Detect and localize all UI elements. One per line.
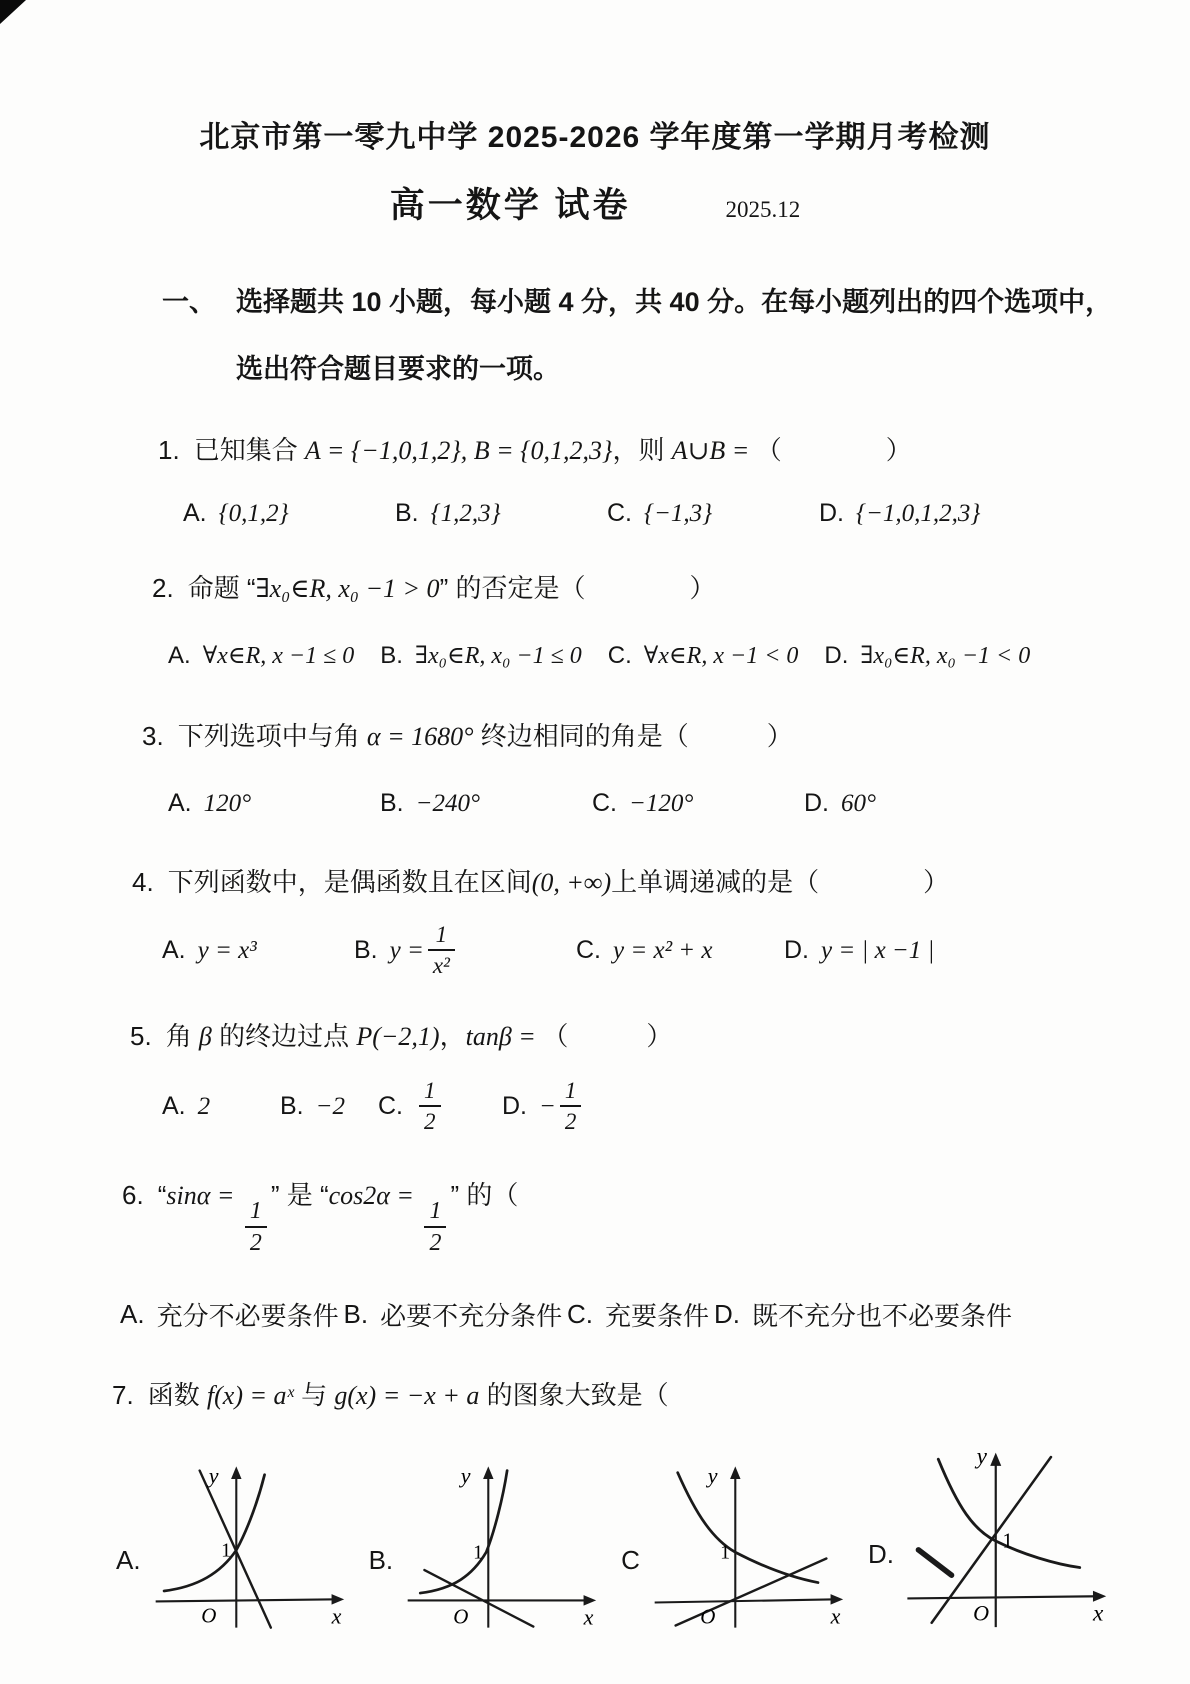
question-5-options: A.2 B.−2 C.12 D.−12 xyxy=(0,1079,1190,1134)
option-value: −120° xyxy=(629,790,693,818)
question-5-option-c: C.12 xyxy=(378,1079,502,1134)
question-4-math-interval: (0, +∞) xyxy=(532,868,611,897)
x-axis-label: x xyxy=(330,1603,341,1628)
question-1-math-sets: A = {−1,0,1,2}, B = {0,1,2,3} xyxy=(305,436,613,465)
question-7-text-mid: 与 xyxy=(294,1380,334,1410)
origin-label: O xyxy=(700,1604,715,1628)
fraction-numerator: 1 xyxy=(419,1079,441,1105)
question-1-answer-blank: （ ） xyxy=(756,435,912,465)
option-label: D. xyxy=(804,789,829,818)
fraction-numerator: 1 xyxy=(431,923,453,949)
option-value: −2 xyxy=(316,1093,345,1121)
origin-label: O xyxy=(973,1600,989,1625)
exam-subject-title: 高一数学 试卷 xyxy=(390,178,631,228)
graph-c-plot: y x O 1 xyxy=(640,1458,862,1636)
option-value: {−1,0,1,2,3} xyxy=(856,500,980,528)
scan-corner-artifact xyxy=(0,0,26,24)
option-value-prefix: y = xyxy=(390,937,424,965)
question-5-option-a: A.2 xyxy=(162,1092,280,1121)
question-6-math-sin: sinα = xyxy=(166,1181,241,1210)
option-label: A. xyxy=(162,936,186,965)
question-6-math-cos: cos2α = xyxy=(329,1181,421,1210)
question-7-graph-a: A. y x O 1 xyxy=(116,1458,363,1636)
question-2-text: 命题 “ xyxy=(188,573,256,603)
option-label: D. xyxy=(819,499,844,528)
question-5-text-mid2: ， xyxy=(440,1021,466,1051)
question-5-answer-blank: （ ） xyxy=(542,1021,672,1051)
question-1-options: A.{0,1,2} B.{1,2,3} C.{−1,3} D.{−1,0,1,2… xyxy=(0,499,1190,528)
question-4: 4.下列函数中，是偶函数且在区间(0, +∞)上单调递减的是（ ） A.y = … xyxy=(0,862,1190,978)
exam-date: 2025.12 xyxy=(725,197,800,223)
question-2-option-b: B.∃x₀∈R, x₀ −1 ≤ 0 xyxy=(380,641,582,670)
question-3-text: 下列选项中与角 xyxy=(178,721,367,751)
option-value: ∀x∈R, x −1 < 0 xyxy=(644,641,799,670)
question-2-option-d: D.∃x₀∈R, x₀ −1 < 0 xyxy=(824,641,1030,670)
option-label: D. xyxy=(502,1092,527,1121)
y-tick-1: 1 xyxy=(720,1541,730,1563)
option-value: 既不充分也不必要条件 xyxy=(752,1296,1012,1333)
question-4-stem: 4.下列函数中，是偶函数且在区间(0, +∞)上单调递减的是（ ） xyxy=(0,862,1190,899)
question-6-option-b: B.必要不充分条件 xyxy=(344,1296,563,1333)
option-value: 充要条件 xyxy=(605,1296,709,1333)
fraction-denominator: 2 xyxy=(245,1226,267,1256)
question-1-option-a: A.{0,1,2} xyxy=(183,499,395,528)
question-7-text: 函数 xyxy=(148,1380,207,1410)
question-6-options: A.充分不必要条件 B.必要不充分条件 C.充要条件 D.既不充分也不必要条件 xyxy=(0,1296,1012,1333)
question-3-text-post: 终边相同的角是（ ） xyxy=(474,721,793,751)
question-1-math-union: A∪B = xyxy=(672,436,756,465)
question-2: 2.命题 “∃x₀∈R, x₀ −1 > 0” 的否定是（ ） A.∀x∈R, … xyxy=(0,568,1190,670)
fraction: 12 xyxy=(424,1199,446,1256)
option-value: ∃x₀∈R, x₀ −1 < 0 xyxy=(860,641,1030,670)
x-axis-label: x xyxy=(830,1603,841,1628)
question-4-option-a: A.y = x³ xyxy=(162,936,354,965)
question-3: 3.下列选项中与角 α = 1680° 终边相同的角是（ ） A.120° B.… xyxy=(0,716,1190,818)
option-label: D. xyxy=(824,642,848,670)
option-label: C. xyxy=(576,936,601,965)
question-4-number: 4. xyxy=(132,867,154,898)
section-1-instructions-line2: 选出符合题目要求的一项。 xyxy=(0,347,1190,386)
option-value: {1,2,3} xyxy=(431,500,501,528)
question-1-number: 1. xyxy=(158,435,180,466)
option-label: A. xyxy=(183,499,207,528)
question-7-graph-b: B. y x O 1 xyxy=(369,1458,616,1636)
section-1-header: 一、 选择题共 10 小题，每小题 4 分，共 40 分。在每小题列出的四个选项… xyxy=(0,280,1190,319)
question-2-options: A.∀x∈R, x −1 ≤ 0 B.∃x₀∈R, x₀ −1 ≤ 0 C.∀x… xyxy=(0,641,1190,670)
fraction-denominator: 2 xyxy=(419,1105,441,1134)
option-label: A. xyxy=(168,642,191,670)
question-7-graph-c: C y x O 1 xyxy=(621,1458,862,1636)
origin-label: O xyxy=(453,1604,468,1628)
question-7-text-post: 的图象大致是（ xyxy=(479,1380,668,1410)
question-5: 5.角 β 的终边过点 P(−2,1)，tanβ = （ ） A.2 B.−2 … xyxy=(0,1016,1190,1134)
y-tick-1: 1 xyxy=(473,1541,483,1563)
option-label: A. xyxy=(168,789,192,818)
option-value: {−1,3} xyxy=(644,500,712,528)
fraction-numerator: 1 xyxy=(560,1079,582,1105)
option-value: y = x² + x xyxy=(613,937,713,965)
exam-paper-page: 北京市第一零九中学 2025-2026 学年度第一学期月考检测 高一数学 试卷 … xyxy=(0,0,1190,1684)
question-1-text-mid: ，则 xyxy=(612,435,671,465)
question-2-option-c: C.∀x∈R, x −1 < 0 xyxy=(608,641,799,670)
option-value: y = x³ xyxy=(198,937,257,965)
option-label: B. xyxy=(280,1092,304,1121)
question-5-text-mid: 的终边过点 xyxy=(212,1021,356,1051)
question-2-number: 2. xyxy=(152,573,174,604)
graph-d-label: D. xyxy=(868,1539,894,1570)
question-3-option-a: A.120° xyxy=(168,789,380,818)
x-axis-label: x xyxy=(1092,1600,1104,1626)
graph-b-label: B. xyxy=(369,1545,394,1576)
fraction: 12 xyxy=(419,1079,441,1134)
question-6-option-c: C.充要条件 xyxy=(567,1296,709,1333)
origin-label: O xyxy=(201,1603,216,1627)
option-value: 必要不充分条件 xyxy=(380,1296,562,1333)
question-7-number: 7. xyxy=(112,1380,134,1411)
question-2-math-proposition: ∃x₀∈R, x₀ −1 > 0 xyxy=(256,574,440,603)
fraction: 12 xyxy=(560,1079,582,1134)
option-value: 充分不必要条件 xyxy=(157,1296,339,1333)
question-2-text-post: ” 的否定是（ ） xyxy=(440,573,716,603)
option-label: A. xyxy=(120,1299,145,1330)
option-label: B. xyxy=(380,642,403,670)
question-2-option-a: A.∀x∈R, x −1 ≤ 0 xyxy=(168,641,354,670)
option-value: y = | x −1 | xyxy=(821,937,934,965)
graph-a-label: A. xyxy=(116,1545,141,1576)
fraction-denominator: x² xyxy=(428,949,455,978)
x-axis-label: x xyxy=(583,1604,594,1629)
question-1-option-b: B.{1,2,3} xyxy=(395,499,607,528)
question-4-text-post: 上单调递减的是（ ） xyxy=(611,867,949,897)
y-axis-label: y xyxy=(706,1463,718,1488)
question-7-stem: 7.函数 f(x) = aˣ 与 g(x) = −x + a 的图象大致是（ xyxy=(0,1375,1190,1412)
question-5-stem: 5.角 β 的终边过点 P(−2,1)，tanβ = （ ） xyxy=(0,1016,1190,1053)
option-label: C. xyxy=(608,642,632,670)
question-7-graph-d: D. y x O 1 xyxy=(868,1446,1124,1636)
question-4-text: 下列函数中，是偶函数且在区间 xyxy=(168,867,532,897)
question-6-text-post: ” 的（ xyxy=(450,1180,518,1210)
option-label: C. xyxy=(378,1092,403,1121)
graph-c-label: C xyxy=(621,1545,640,1576)
option-label: C. xyxy=(567,1299,593,1330)
option-label: B. xyxy=(354,936,378,965)
option-value: ∃x₀∈R, x₀ −1 ≤ 0 xyxy=(415,641,582,670)
option-label: D. xyxy=(714,1299,740,1330)
question-2-stem: 2.命题 “∃x₀∈R, x₀ −1 > 0” 的否定是（ ） xyxy=(0,568,1190,605)
option-label: C. xyxy=(592,789,617,818)
question-1-text: 已知集合 xyxy=(194,435,305,465)
question-5-math-tan: tanβ = xyxy=(466,1022,543,1051)
question-6-option-d: D.既不充分也不必要条件 xyxy=(714,1296,1012,1333)
fraction: 1x² xyxy=(428,923,455,978)
section-1-number: 一、 xyxy=(162,280,236,319)
question-1-option-d: D.{−1,0,1,2,3} xyxy=(819,499,1031,528)
option-label: C. xyxy=(607,499,632,528)
option-value: −240° xyxy=(416,790,480,818)
question-7-math-g: g(x) = −x + a xyxy=(334,1381,479,1410)
question-4-option-d: D.y = | x −1 | xyxy=(784,936,934,965)
y-tick-1: 1 xyxy=(221,1539,231,1561)
question-3-stem: 3.下列选项中与角 α = 1680° 终边相同的角是（ ） xyxy=(0,716,1190,753)
option-value: 2 xyxy=(198,1093,211,1121)
question-6-text-mid: ” 是 “ xyxy=(271,1180,329,1210)
question-3-option-b: B.−240° xyxy=(380,789,592,818)
question-1-option-c: C.{−1,3} xyxy=(607,499,819,528)
graph-d-plot: y x O 1 xyxy=(894,1446,1124,1636)
question-1-stem: 1.已知集合 A = {−1,0,1,2}, B = {0,1,2,3}，则 A… xyxy=(0,430,1190,467)
question-6-number: 6. xyxy=(122,1180,144,1211)
option-value: ∀x∈R, x −1 ≤ 0 xyxy=(203,641,355,670)
exam-title: 北京市第一零九中学 2025-2026 学年度第一学期月考检测 xyxy=(0,0,1190,156)
question-1: 1.已知集合 A = {−1,0,1,2}, B = {0,1,2,3}，则 A… xyxy=(0,430,1190,528)
option-value: 120° xyxy=(204,790,252,818)
option-label: B. xyxy=(344,1299,369,1330)
graph-a-plot: y x O 1 xyxy=(141,1458,363,1636)
y-axis-label: y xyxy=(975,1446,988,1470)
question-6-stem: 6.“sinα = 12” 是 “cos2α = 12” 的（ xyxy=(0,1175,1190,1256)
question-3-options: A.120° B.−240° C.−120° D.60° xyxy=(0,789,1190,818)
option-label: D. xyxy=(784,936,809,965)
option-label: B. xyxy=(380,789,404,818)
question-6: 6.“sinα = 12” 是 “cos2α = 12” 的（ A.充分不必要条… xyxy=(0,1175,1190,1333)
question-3-option-d: D.60° xyxy=(804,789,1016,818)
question-3-option-c: C.−120° xyxy=(592,789,804,818)
question-6-option-a: A.充分不必要条件 xyxy=(120,1296,339,1333)
option-label: A. xyxy=(162,1092,186,1121)
question-3-math-angle: α = 1680° xyxy=(367,722,474,751)
question-5-math-point: P(−2,1) xyxy=(356,1022,439,1051)
exam-subtitle-row: 高一数学 试卷 2025.12 xyxy=(0,178,1190,228)
option-value: 60° xyxy=(841,790,876,818)
question-5-option-d: D.−12 xyxy=(502,1079,585,1134)
question-5-option-b: B.−2 xyxy=(280,1092,378,1121)
fraction-numerator: 1 xyxy=(424,1199,446,1226)
option-value-prefix: − xyxy=(539,1093,556,1121)
section-1-instructions-line1: 选择题共 10 小题，每小题 4 分，共 40 分。在每小题列出的四个选项中， xyxy=(236,280,1112,319)
fraction-denominator: 2 xyxy=(424,1226,446,1256)
question-5-number: 5. xyxy=(130,1021,152,1052)
question-5-math-beta: β xyxy=(199,1022,212,1051)
fraction-denominator: 2 xyxy=(560,1105,582,1134)
question-4-option-c: C.y = x² + x xyxy=(576,936,784,965)
y-axis-label: y xyxy=(459,1463,471,1488)
y-tick-1: 1 xyxy=(1002,1528,1012,1552)
y-axis-label: y xyxy=(206,1463,218,1488)
fraction: 12 xyxy=(245,1199,267,1256)
question-7: 7.函数 f(x) = aˣ 与 g(x) = −x + a 的图象大致是（ A… xyxy=(0,1375,1190,1636)
question-7-math-f: f(x) = aˣ xyxy=(207,1381,294,1410)
question-5-text: 角 xyxy=(166,1021,199,1051)
question-4-options: A.y = x³ B.y =1x² C.y = x² + x D.y = | x… xyxy=(0,923,1190,978)
option-value: {0,1,2} xyxy=(219,500,289,528)
fraction-numerator: 1 xyxy=(245,1199,267,1226)
question-3-number: 3. xyxy=(142,721,164,752)
question-7-graph-options: A. y x O 1 B. xyxy=(0,1446,1190,1636)
question-4-option-b: B.y =1x² xyxy=(354,923,576,978)
option-label: B. xyxy=(395,499,419,528)
graph-b-plot: y x O 1 xyxy=(393,1458,615,1636)
